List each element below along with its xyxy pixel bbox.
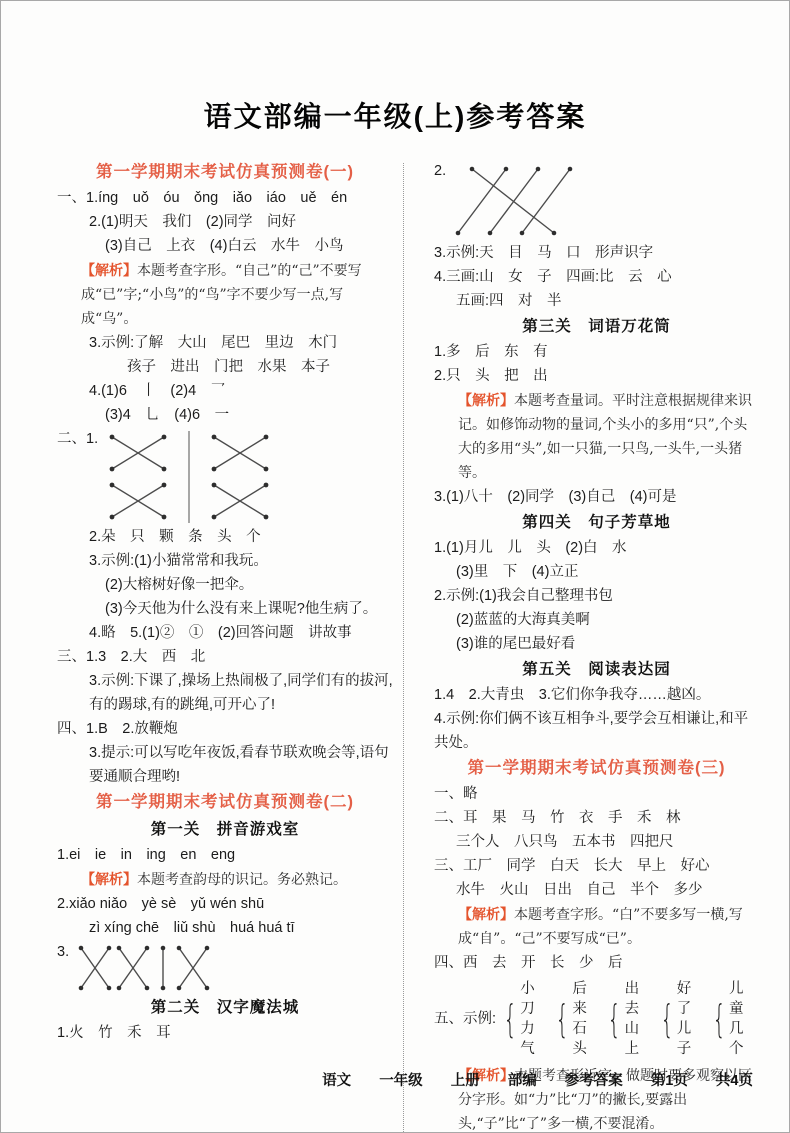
column-right: 2. 3.示例:天 目 马 口 形声识字 4.三画:山 女 子 四画:比 云 心… [416, 159, 759, 1133]
answer-line: 四、1.B 2.放鞭炮 [57, 717, 393, 741]
analysis-label: 【解析】 [81, 871, 137, 887]
answer-line: zì xíng chē liǔ shù huá huá tī [57, 916, 393, 940]
matching-diagram-row: 二、1. [57, 427, 393, 525]
brace-word-top: 儿童 [729, 979, 750, 1019]
content-columns: 第一学期期末考试仿真预测卷(一) 一、1.íng uǒ óu ǒng iǎo i… [57, 159, 759, 1133]
brace-answer-row: 五、示例: {小刀力气 {后来石头 {出去山上 {好了儿子 {儿童几个 [434, 979, 759, 1059]
answer-line: 2.只 头 把 出 [434, 364, 759, 388]
analysis-note: 【解析】本题考查字形。“自己”的“己”不要写成“已”字;“小鸟”的“鸟”字不要少… [57, 258, 393, 331]
answer-line: 三、1.3 2.大 西 北 [57, 645, 393, 669]
section-header: 第一学期期末考试仿真预测卷(三) [434, 755, 759, 782]
stage-header: 第四关 句子芳草地 [434, 509, 759, 536]
analysis-note: 【解析】本题考查字形。“白”不要多写一横,写成“自”。“己”不要写成“已”。 [434, 902, 759, 951]
stage-header: 第二关 汉字魔法城 [57, 994, 393, 1021]
brace-word-top: 后来 [572, 979, 593, 1019]
answer-line: 一、1.íng uǒ óu ǒng iǎo iáo uě én [57, 186, 393, 210]
answer-line: 1.ei ie in ing en eng [57, 843, 393, 867]
page-title: 语文部编一年级(上)参考答案 [1, 95, 789, 135]
matching-diagram-row: 2. [434, 159, 759, 241]
answer-line: 1.(1)月儿 儿 头 (2)白 水 [434, 536, 759, 560]
stage-header: 第一关 拼音游戏室 [57, 816, 393, 843]
brace-icon: { [608, 1009, 621, 1029]
page-footer: 语文 一年级 上册 部编 参考答案 第1页 共4页 [1, 1069, 753, 1090]
brace-row-prefix: 五、示例: [434, 1009, 496, 1029]
column-divider [403, 163, 404, 1133]
brace-group: {儿童几个 [707, 979, 750, 1059]
answer-line: (3)谁的尾巴最好看 [434, 632, 759, 656]
answer-line: 2.(1)明天 我们 (2)同学 问好 [57, 210, 393, 234]
brace-word-bottom: 几个 [729, 1019, 750, 1059]
answer-line: 三、工厂 同学 白天 长大 早上 好心 [434, 854, 759, 878]
brace-group: {出去山上 [602, 979, 645, 1059]
answer-line: 2.xiǎo niǎo yè sè yǔ wén shū [57, 892, 393, 916]
answer-line: 3.示例:(1)小猫常常和我玩。 [57, 549, 393, 573]
section-header: 第一学期期末考试仿真预测卷(二) [57, 789, 393, 816]
brace-word-top: 出去 [625, 979, 646, 1019]
footer-part: 部编 [508, 1073, 537, 1089]
matching-diagram-lines-icon [73, 942, 213, 994]
brace-group: {小刀力气 [498, 979, 541, 1059]
stage-header: 第三关 词语万花筒 [434, 313, 759, 340]
brace-icon: { [556, 1009, 569, 1029]
answer-line: 1.4 2.大青虫 3.它们你争我夺……越凶。 [434, 683, 759, 707]
brace-word-bottom: 儿子 [677, 1019, 698, 1059]
answer-line: 3.(1)八十 (2)同学 (3)自己 (4)可是 [434, 485, 759, 509]
answer-line: (3)今天他为什么没有来上课呢?他生病了。 [57, 597, 393, 621]
brace-group: {后来石头 [550, 979, 593, 1059]
answer-line: 4.(1)6 丨 (2)4 乛 [57, 379, 393, 403]
answer-line: 3.提示:可以写吃年夜饭,看春节联欢晚会等,语句要通顺合理哟! [57, 741, 393, 789]
answer-line: 水牛 火山 日出 自己 半个 多少 [434, 878, 759, 902]
brace-icon: { [712, 1009, 725, 1029]
diagram-prefix: 2. [434, 159, 446, 183]
answer-line: 四、西 去 开 长 少 后 [434, 951, 759, 975]
brace-word-top: 好了 [677, 979, 698, 1019]
answer-line: (3)里 下 (4)立正 [434, 560, 759, 584]
answer-line: (3)自己 上衣 (4)白云 水牛 小鸟 [57, 234, 393, 258]
answer-line: 3.示例:天 目 马 口 形声识字 [434, 241, 759, 265]
footer-part: 一年级 [379, 1073, 423, 1089]
brace-word-top: 小刀 [520, 979, 541, 1019]
analysis-note: 【解析】本题考查量词。平时注意根据规律来识记。如修饰动物的量词,个头小的多用“只… [434, 388, 759, 485]
footer-part: 语文 [322, 1073, 351, 1089]
answer-sheet-page: 语文部编一年级(上)参考答案 第一学期期末考试仿真预测卷(一) 一、1.íng … [0, 0, 790, 1133]
footer-part: 第1页 [651, 1073, 688, 1089]
answer-line: 3.示例:了解 大山 尾巴 里边 木门 [57, 331, 393, 355]
brace-icon: { [503, 1009, 516, 1029]
answer-line: 4.三画:山 女 子 四画:比 云 心 [434, 265, 759, 289]
analysis-label: 【解析】 [458, 906, 514, 922]
answer-line: 3.示例:下课了,操场上热闹极了,同学们有的拔河,有的踢球,有的跳绳,可开心了! [57, 669, 393, 717]
brace-word-bottom: 力气 [520, 1019, 541, 1059]
answer-line: 2.示例:(1)我会自己整理书包 [434, 584, 759, 608]
answer-line: (2)大榕树好像一把伞。 [57, 573, 393, 597]
brace-word-bottom: 山上 [625, 1019, 646, 1059]
answer-line: (3)4 乚 (4)6 一 [57, 403, 393, 427]
footer-part: 参考答案 [565, 1073, 623, 1089]
column-left: 第一学期期末考试仿真预测卷(一) 一、1.íng uǒ óu ǒng iǎo i… [57, 159, 393, 1133]
brace-group: {好了儿子 [655, 979, 698, 1059]
matching-diagram-diagonals-icon [450, 161, 590, 241]
footer-part: 上册 [451, 1073, 480, 1089]
answer-line: 1.多 后 东 有 [434, 340, 759, 364]
answer-line: 4.示例:你们俩不该互相争斗,要学会互相谦让,和平共处。 [434, 707, 759, 755]
matching-diagram-row: 3. [57, 940, 393, 994]
diagram-prefix: 二、1. [57, 427, 98, 451]
answer-line: 五画:四 对 半 [434, 289, 759, 313]
answer-line: 二、耳 果 马 竹 衣 手 禾 林 [434, 806, 759, 830]
stage-header: 第五关 阅读表达园 [434, 656, 759, 683]
brace-icon: { [660, 1009, 673, 1029]
section-header: 第一学期期末考试仿真预测卷(一) [57, 159, 393, 186]
answer-line: 孩子 进出 门把 水果 本子 [57, 355, 393, 379]
matching-diagram-grid-icon [102, 429, 288, 525]
brace-word-bottom: 石头 [572, 1019, 593, 1059]
answer-line: 一、略 [434, 782, 759, 806]
analysis-label: 【解析】 [81, 262, 137, 278]
analysis-note: 【解析】本题考查韵母的识记。务必熟记。 [57, 867, 393, 892]
answer-line: (2)蓝蓝的大海真美啊 [434, 608, 759, 632]
answer-line: 1.火 竹 禾 耳 [57, 1021, 393, 1045]
answer-line: 三个人 八只鸟 五本书 四把尺 [434, 830, 759, 854]
analysis-label: 【解析】 [458, 392, 514, 408]
diagram-prefix: 3. [57, 940, 69, 964]
answer-line: 4.略 5.(1)② ① (2)回答问题 讲故事 [57, 621, 393, 645]
footer-part: 共4页 [716, 1073, 753, 1089]
analysis-text: 本题考查韵母的识记。务必熟记。 [137, 872, 347, 888]
answer-line: 2.朵 只 颗 条 头 个 [57, 525, 393, 549]
